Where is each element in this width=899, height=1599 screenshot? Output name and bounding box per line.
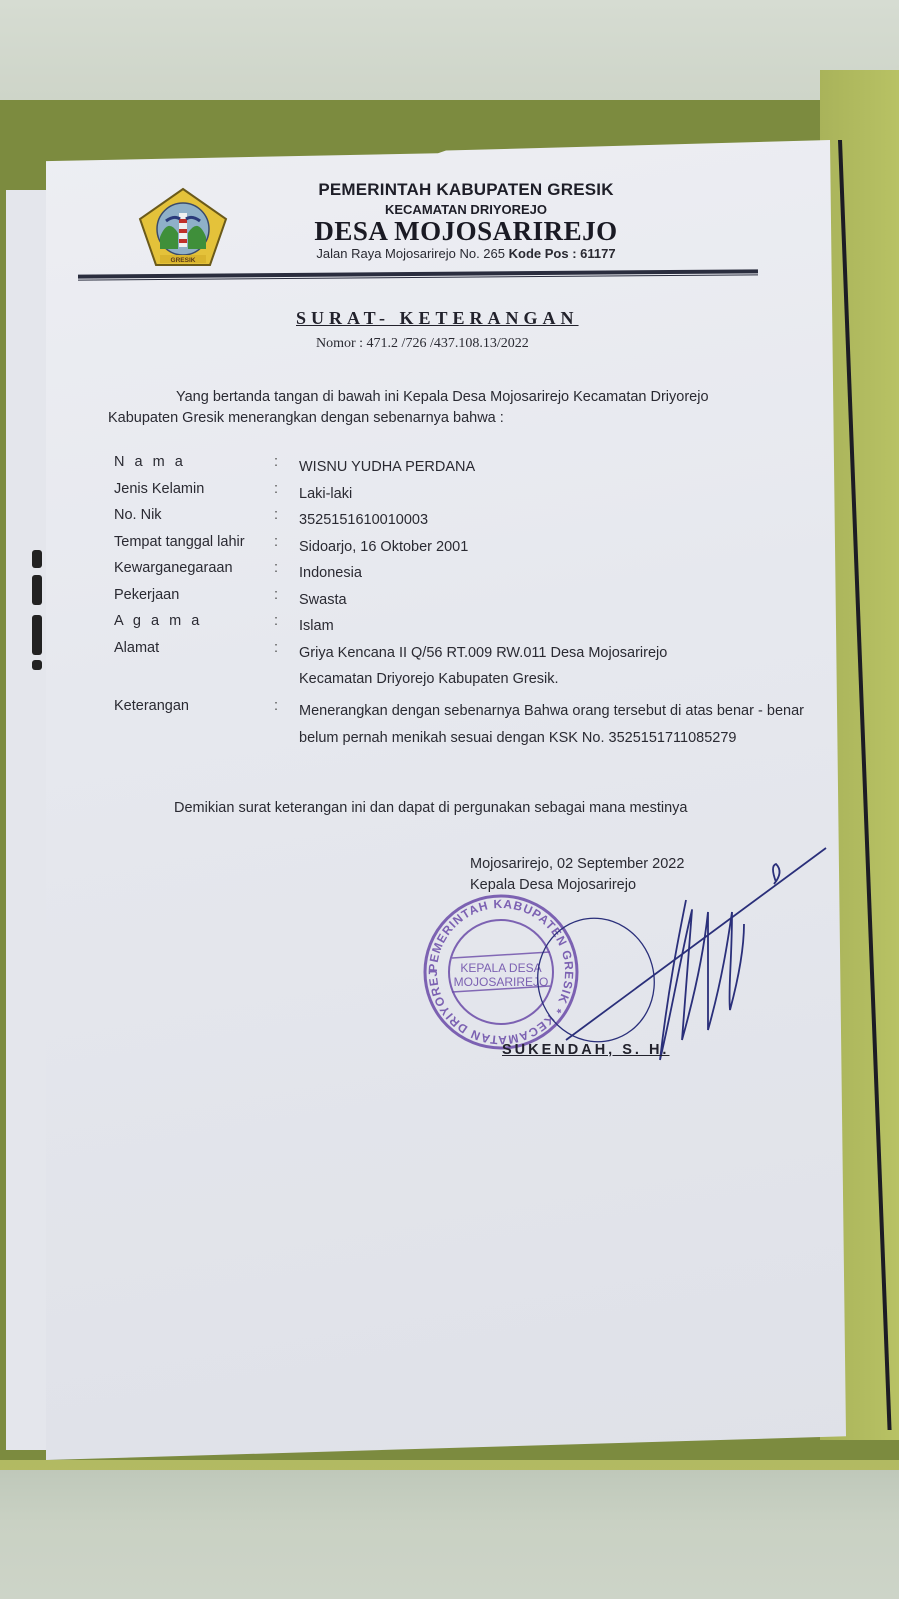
underlying-text-mark	[32, 575, 42, 605]
letterhead-government: PEMERINTAH KABUPATEN GRESIK	[246, 180, 686, 200]
letterhead-district: KECAMATAN DRIYOREJO	[246, 202, 686, 217]
letter-document: GRESIK PEMERINTAH KABUPATEN GRESIK KECAM…	[46, 140, 846, 1460]
field-row-alamat: Alamat: Griya Kencana II Q/56 RT.009 RW.…	[114, 640, 814, 692]
closing-statement: Demikian surat keterangan ini dan dapat …	[174, 800, 687, 816]
field-row-keterangan: Keterangan:Menerangkan dengan sebenarnya…	[114, 698, 814, 752]
field-row-ttl: Tempat tanggal lahir:Sidoarjo, 16 Oktobe…	[114, 534, 814, 561]
underlying-text-mark	[32, 660, 42, 670]
letterhead: PEMERINTAH KABUPATEN GRESIK KECAMATAN DR…	[246, 180, 686, 261]
field-row-agama: A g a m a:Islam	[114, 613, 814, 640]
gresik-regency-logo-icon: GRESIK	[138, 187, 228, 267]
personal-details: N a m a:WISNU YUDHA PERDANA Jenis Kelami…	[114, 454, 814, 758]
document-title: SURAT- KETERANGAN	[296, 308, 579, 329]
underlying-text-mark	[32, 550, 42, 568]
underlying-text-mark	[32, 615, 42, 655]
letterhead-village: DESA MOJOSARIREJO	[246, 216, 686, 247]
intro-paragraph: Yang bertanda tangan di bawah ini Kepala…	[108, 387, 788, 429]
letterhead-divider	[78, 269, 758, 280]
svg-text:GRESIK: GRESIK	[171, 257, 196, 264]
field-row-nik: No. Nik:3525151610010003	[114, 507, 814, 534]
signatory-name: SUKENDAH, S. H.	[502, 1042, 669, 1058]
background-paper-bottom	[0, 1470, 899, 1599]
field-row-kewarganegaraan: Kewarganegaraan:Indonesia	[114, 560, 814, 587]
field-row-pekerjaan: Pekerjaan:Swasta	[114, 587, 814, 614]
document-number: Nomor : 471.2 /726 /437.108.13/2022	[316, 336, 529, 352]
underlying-sheet	[6, 190, 46, 1450]
field-row-nama: N a m a:WISNU YUDHA PERDANA	[114, 454, 814, 481]
field-row-jenis-kelamin: Jenis Kelamin:Laki-laki	[114, 481, 814, 508]
letterhead-address: Jalan Raya Mojosarirejo No. 265 Kode Pos…	[246, 246, 686, 261]
